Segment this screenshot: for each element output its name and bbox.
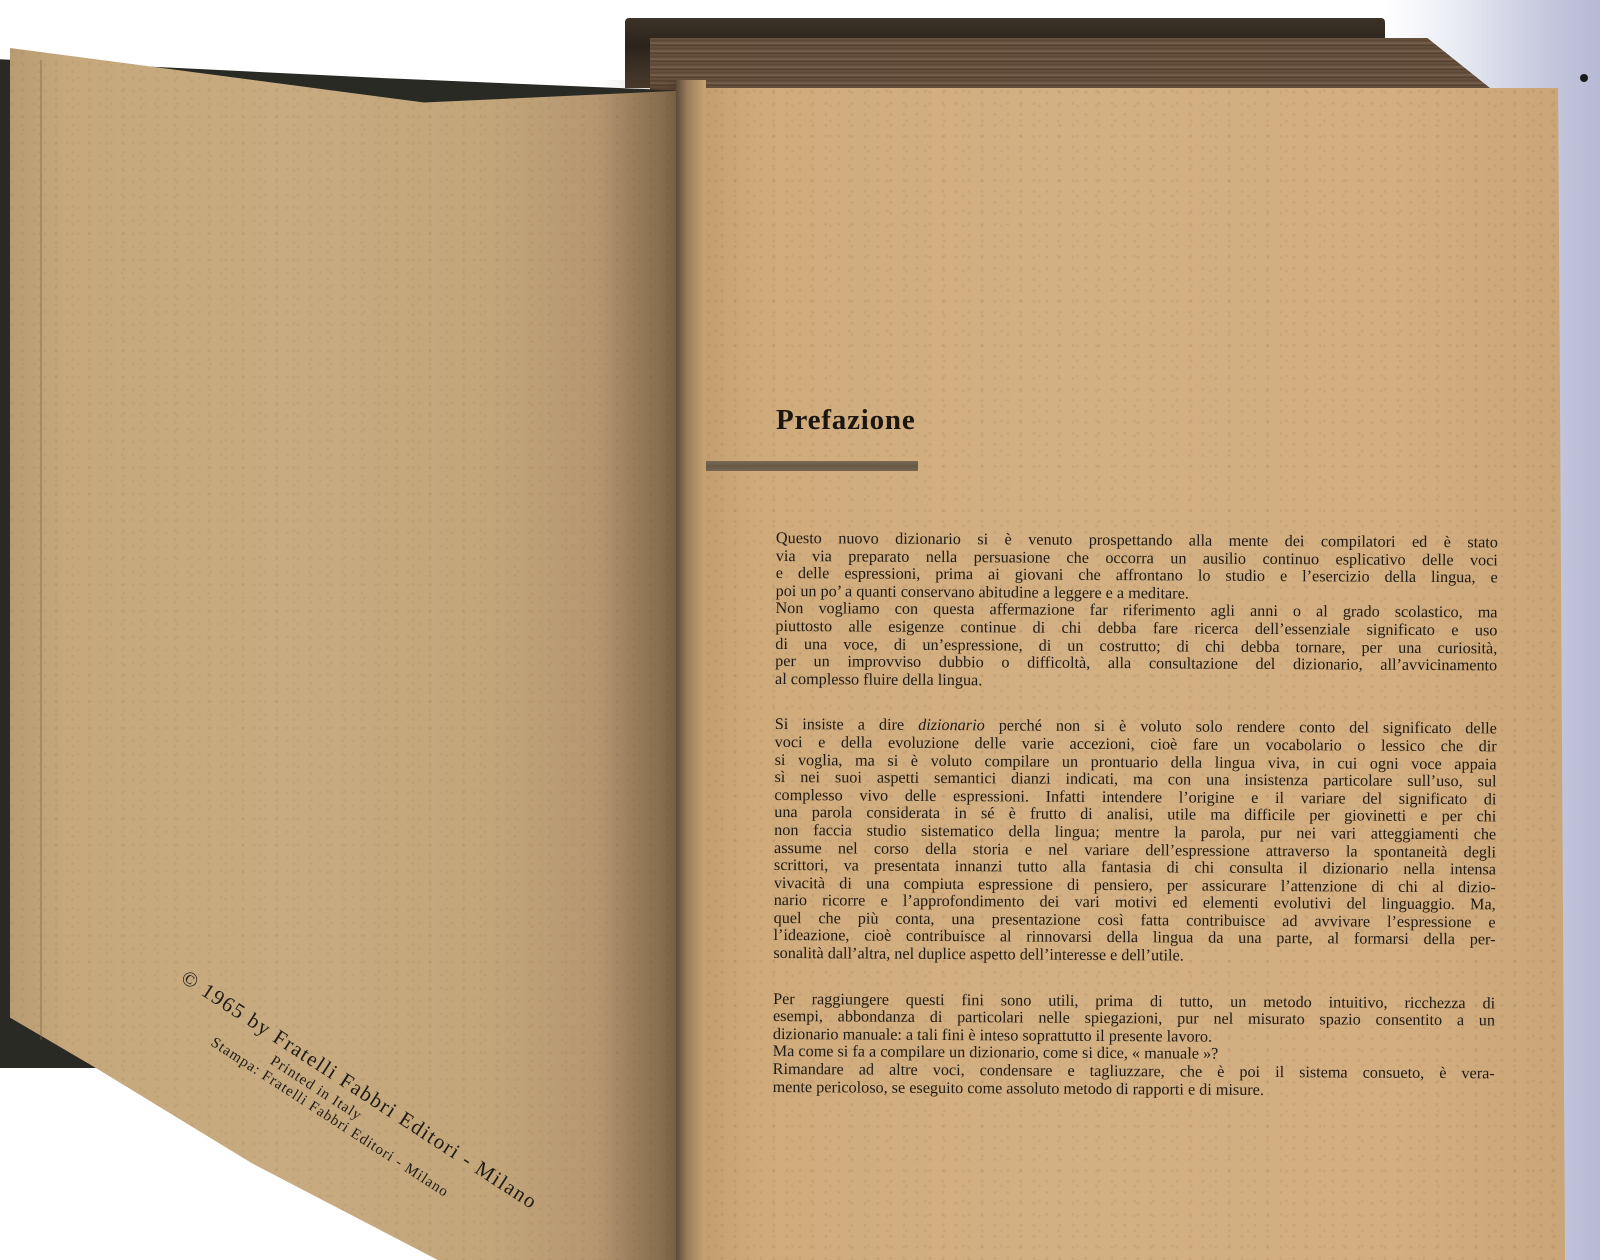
preface-paragraph: Per raggiungere questi fini sono utili, … bbox=[773, 991, 1495, 1048]
preface-body: Questo nuovo dizionario si è venuto pros… bbox=[773, 530, 1498, 1101]
emphasis-word: dizionario bbox=[918, 716, 985, 734]
page-block-edges bbox=[650, 38, 1495, 92]
page-title: Prefazione bbox=[776, 404, 916, 437]
preface-paragraph: Si insiste a dire dizionario perché non … bbox=[773, 716, 1496, 967]
preface-paragraph: Questo nuovo dizionario si è venuto pros… bbox=[776, 530, 1498, 605]
preface-paragraph: Rimandare ad altre voci, condensare e ta… bbox=[773, 1061, 1495, 1101]
endpaper-fold-line bbox=[40, 60, 42, 1040]
background-speck bbox=[1580, 74, 1588, 82]
preface-paragraph: Non vogliamo con questa affermazione far… bbox=[775, 600, 1498, 692]
book-spine-gutter bbox=[676, 80, 706, 1260]
heading-rule bbox=[706, 461, 918, 471]
book-photo: © 1965 by Fratelli Fabbri Editori - Mila… bbox=[0, 0, 1600, 1260]
